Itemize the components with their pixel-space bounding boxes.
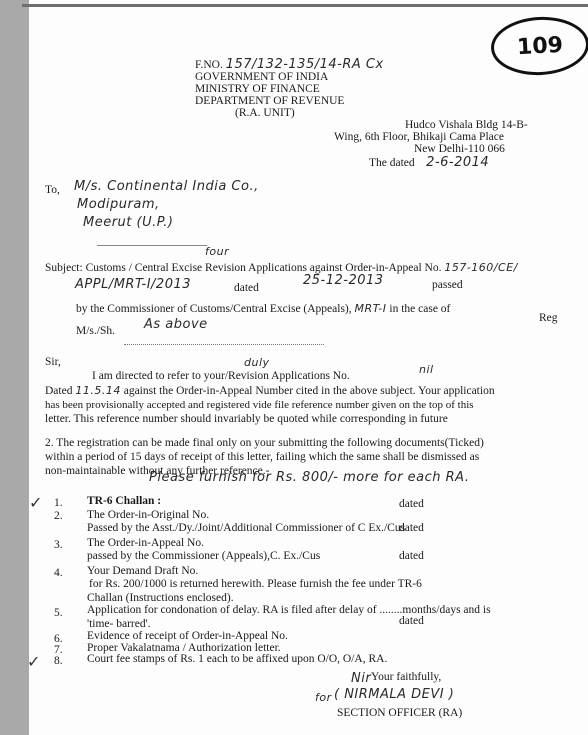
for-handwritten: for bbox=[315, 691, 332, 704]
recipient-line-2: Modipuram, bbox=[77, 197, 160, 212]
dotted-separator bbox=[124, 344, 324, 345]
subject-passed-label: passed bbox=[432, 279, 463, 291]
doc-8-num: 8. bbox=[54, 655, 63, 667]
address-line-2: Wing, 6th Floor, Bhikaji Cama Place bbox=[334, 131, 504, 143]
doc-3-line-1: The Order-in-Appeal No. bbox=[87, 537, 204, 549]
doc-5-line-2: 'time- barred'. bbox=[87, 618, 151, 630]
ms-label: M/s./Sh. bbox=[76, 325, 115, 337]
file-number: F.NO. 157/132-135/14-RA Cx bbox=[195, 59, 384, 71]
org-line-2: MINISTRY OF FINANCE bbox=[195, 83, 320, 95]
closing: Your faithfully, bbox=[371, 671, 441, 683]
commissioner-text: by the Commissioner of Customs/Central E… bbox=[76, 303, 352, 315]
para1-line-1: I am directed to refer to your/Revision … bbox=[92, 370, 350, 382]
tick-mark-item-8: ✓ bbox=[27, 652, 40, 671]
reg-label: Reg bbox=[539, 312, 558, 324]
subject-dated-label: dated bbox=[234, 282, 259, 294]
doc-2-line-2: Passed by the Asst./Dy./Joint/Additional… bbox=[87, 522, 405, 534]
handwritten-fee-note: Please furnish for Rs. 800/- more for ea… bbox=[149, 470, 469, 485]
circled-page-number: 109 bbox=[490, 14, 588, 77]
nil-handwritten: nil bbox=[419, 363, 434, 376]
salutation: Sir, bbox=[45, 356, 61, 368]
tick-mark-item-1: ✓ bbox=[29, 493, 42, 512]
doc-1-dated: dated bbox=[399, 498, 424, 510]
initials-handwritten: Nir bbox=[351, 671, 371, 686]
para1-text-2: against the Order-in-Appeal Number cited… bbox=[124, 385, 495, 397]
doc-5-num: 5. bbox=[54, 607, 63, 619]
doc-2-dated: dated bbox=[399, 522, 424, 534]
subject-handwritten-insert: four bbox=[205, 245, 229, 258]
doc-4-num: 4. bbox=[54, 567, 63, 579]
recipient-line-3: Meerut (U.P.) bbox=[83, 215, 174, 230]
subject-label: Subject: bbox=[45, 262, 83, 274]
scan-margin bbox=[0, 0, 29, 735]
subject-line-1: Subject: Customs / Central Excise Revisi… bbox=[45, 262, 518, 274]
doc-1-num: 1. bbox=[54, 497, 63, 509]
para1-line-4: letter. This reference number should inv… bbox=[45, 413, 448, 425]
letter-page: 109 F.NO. 157/132-135/14-RA Cx GOVERNMEN… bbox=[29, 7, 588, 735]
letter-date: The dated 2-6-2014 bbox=[369, 157, 489, 169]
para1-line-3: has been provisionally accepted and regi… bbox=[45, 399, 474, 411]
org-line-3: DEPARTMENT OF REVENUE bbox=[195, 95, 344, 107]
in-the-case-of: in the case of bbox=[389, 303, 450, 315]
subject-dated-handwritten: 25-12-2013 bbox=[303, 273, 384, 288]
officer-name-handwritten: ( NIRMALA DEVI ) bbox=[334, 687, 454, 702]
ms-handwritten: As above bbox=[144, 317, 208, 332]
dated-handwritten: 2-6-2014 bbox=[426, 155, 489, 170]
file-no-label: F.NO. bbox=[195, 59, 223, 71]
org-line-4: (R.A. UNIT) bbox=[235, 107, 295, 119]
to-label: To, bbox=[45, 184, 60, 196]
doc-4-line-2: for Rs. 200/1000 is returned herewith. P… bbox=[89, 578, 422, 590]
para2-line-1: 2. The registration can be made final on… bbox=[45, 437, 484, 449]
doc-3-num: 3. bbox=[54, 539, 63, 551]
doc-5-line-1: Application for condonation of delay. RA… bbox=[87, 604, 491, 616]
address-line-1: Hudco Vishala Bldg 14-B- bbox=[405, 119, 528, 131]
duly-insert: duly bbox=[244, 356, 270, 369]
file-no-handwritten: 157/132-135/14-RA Cx bbox=[226, 57, 384, 72]
org-line-1: GOVERNMENT OF INDIA bbox=[195, 71, 328, 83]
para1-dated-handwritten: 11.5.14 bbox=[75, 384, 121, 397]
doc-1-line-1: TR-6 Challan : bbox=[87, 495, 161, 507]
doc-5-dated: dated bbox=[399, 615, 424, 627]
commissioner-handwritten: MRT-I bbox=[355, 302, 387, 315]
designation: SECTION OFFICER (RA) bbox=[337, 707, 462, 719]
address-line-3: New Delhi-110 066 bbox=[414, 143, 505, 155]
page-number-text: 109 bbox=[516, 32, 563, 59]
appeal-no-continued: APPL/MRT-I/2013 bbox=[75, 277, 191, 292]
doc-3-dated: dated bbox=[399, 550, 424, 562]
recipient-underline bbox=[97, 245, 207, 246]
doc-3-line-2: passed by the Commissioner (Appeals),C. … bbox=[87, 550, 320, 562]
para1-line-2: Dated 11.5.14 against the Order-in-Appea… bbox=[45, 385, 495, 397]
dated-label: The dated bbox=[369, 157, 415, 169]
doc-2-num: 2. bbox=[54, 510, 63, 522]
doc-6-line-1: Evidence of receipt of Order-in-Appeal N… bbox=[87, 630, 288, 642]
subject-line-2: by the Commissioner of Customs/Central E… bbox=[76, 303, 450, 315]
para2-line-2: within a period of 15 days of receipt of… bbox=[45, 451, 479, 463]
doc-4-line-1: Your Demand Draft No. bbox=[87, 565, 198, 577]
doc-4-line-3: Challan (Instructions enclosed). bbox=[87, 592, 234, 604]
para1-dated-label: Dated bbox=[45, 385, 72, 397]
subject-text: Customs / Central Excise Revision Applic… bbox=[86, 262, 442, 274]
recipient-line-1: M/s. Continental India Co., bbox=[74, 179, 259, 194]
doc-8-line-1: Court fee stamps of Rs. 1 each to be aff… bbox=[87, 653, 387, 665]
appeal-no-handwritten: 157-160/CE/ bbox=[444, 261, 518, 274]
doc-2-line-1: The Order-in-Original No. bbox=[87, 509, 209, 521]
